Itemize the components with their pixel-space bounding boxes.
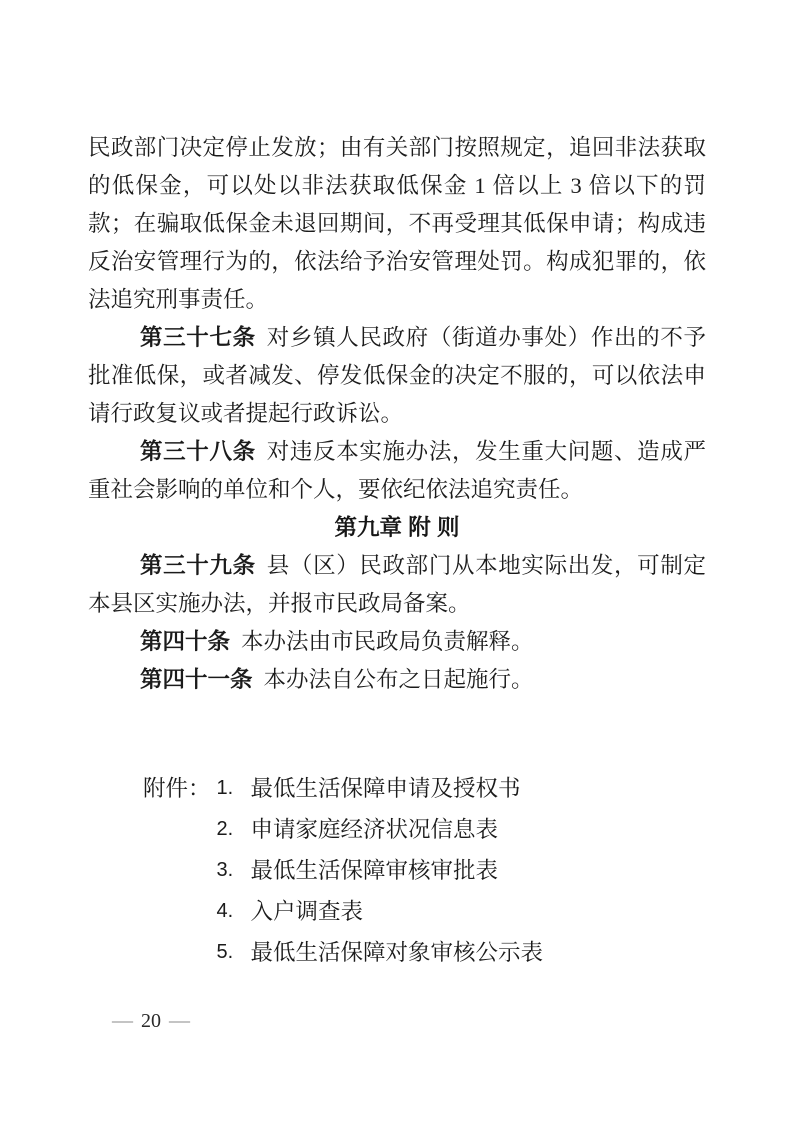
article-41: 第四十一条本办法自公布之日起施行。 xyxy=(88,661,706,699)
article-38: 第三十八条对违反本实施办法，发生重大问题、造成严重社会影响的单位和个人，要依纪依… xyxy=(88,433,706,509)
attachment-item: 2. 申请家庭经济状况信息表 xyxy=(217,809,706,850)
attachment-number: 5. xyxy=(217,932,251,973)
attachments-list: 1. 最低生活保障申请及授权书 2. 申请家庭经济状况信息表 3. 最低生活保障… xyxy=(217,768,706,973)
document-body: 民政部门决定停止发放；由有关部门按照规定，追回非法获取的低保金，可以处以非法获取… xyxy=(88,129,706,973)
paragraph-continuation: 民政部门决定停止发放；由有关部门按照规定，追回非法获取的低保金，可以处以非法获取… xyxy=(88,129,706,319)
footer-dash-right: — xyxy=(169,1008,190,1032)
footer-dash-left: — xyxy=(112,1008,133,1032)
attachment-item: 3. 最低生活保障审核审批表 xyxy=(217,850,706,891)
footer-page-number: 20 xyxy=(141,1010,161,1032)
article-40: 第四十条本办法由市民政局负责解释。 xyxy=(88,623,706,661)
article-37: 第三十七条对乡镇人民政府（街道办事处）作出的不予批准低保，或者减发、停发低保金的… xyxy=(88,319,706,433)
attachments-block: 附件： 1. 最低生活保障申请及授权书 2. 申请家庭经济状况信息表 3. 最低… xyxy=(88,768,706,973)
attachment-title: 最低生活保障审核审批表 xyxy=(251,850,706,891)
article-40-text: 本办法由市民政局负责解释。 xyxy=(241,629,534,654)
page-number: —20— xyxy=(112,1008,190,1033)
chapter-9-heading: 第九章 附 则 xyxy=(88,509,706,547)
article-39-lead: 第三十九条 xyxy=(140,553,256,578)
attachments-label: 附件： xyxy=(143,768,211,973)
attachment-item: 1. 最低生活保障申请及授权书 xyxy=(217,768,706,809)
article-39: 第三十九条县（区）民政部门从本地实际出发，可制定本县区实施办法，并报市民政局备案… xyxy=(88,547,706,623)
attachment-number: 3. xyxy=(217,850,251,891)
article-41-lead: 第四十一条 xyxy=(140,667,253,692)
attachment-number: 4. xyxy=(217,891,251,932)
article-37-lead: 第三十七条 xyxy=(140,325,256,350)
attachment-item: 5. 最低生活保障对象审核公示表 xyxy=(217,932,706,973)
paragraph-text: 民政部门决定停止发放；由有关部门按照规定，追回非法获取的低保金，可以处以非法获取… xyxy=(88,135,706,312)
attachment-number: 2. xyxy=(217,809,251,850)
attachment-number: 1. xyxy=(217,768,251,809)
article-40-lead: 第四十条 xyxy=(140,629,230,654)
attachment-item: 4. 入户调查表 xyxy=(217,891,706,932)
attachment-title: 最低生活保障申请及授权书 xyxy=(251,768,706,809)
attachment-title: 入户调查表 xyxy=(251,891,706,932)
article-38-lead: 第三十八条 xyxy=(140,439,256,464)
attachment-title: 最低生活保障对象审核公示表 xyxy=(251,932,706,973)
article-41-text: 本办法自公布之日起施行。 xyxy=(264,667,534,692)
attachment-title: 申请家庭经济状况信息表 xyxy=(251,809,706,850)
document-page: 民政部门决定停止发放；由有关部门按照规定，追回非法获取的低保金，可以处以非法获取… xyxy=(0,0,793,1122)
